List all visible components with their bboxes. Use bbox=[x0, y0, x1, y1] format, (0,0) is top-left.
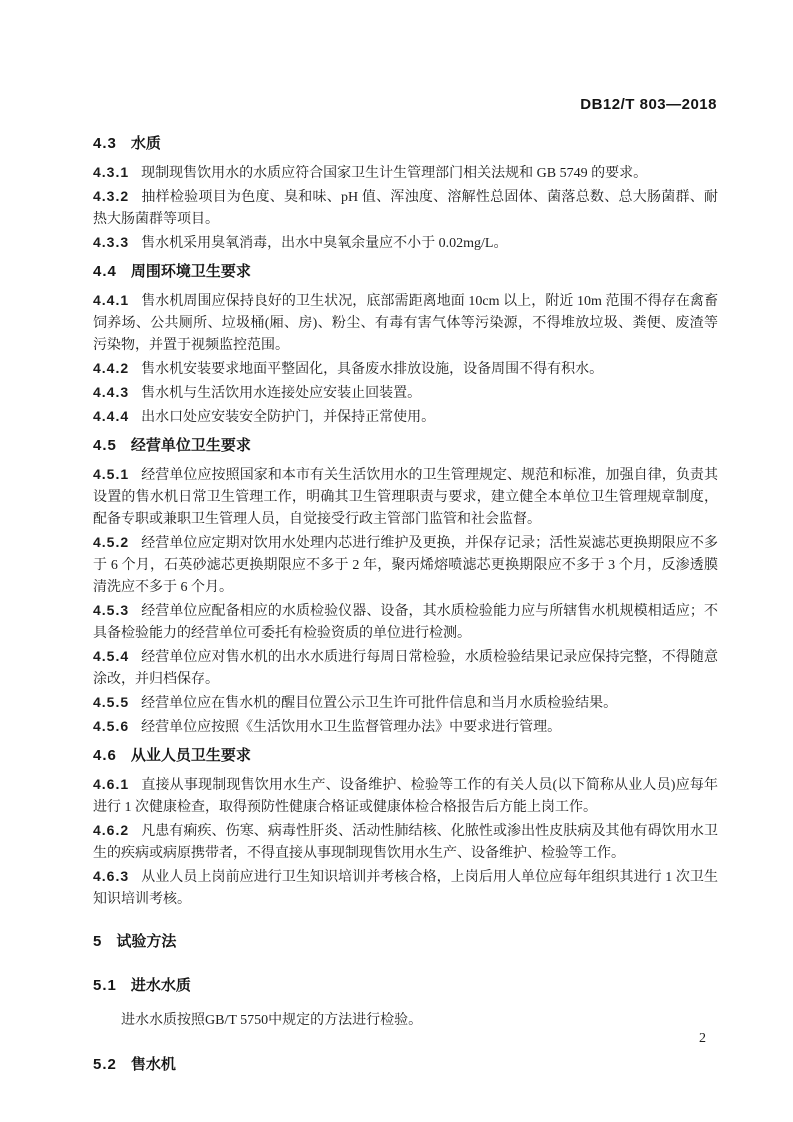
section-5: 5试验方法 bbox=[93, 931, 718, 953]
clause-number: 4.3.3 bbox=[93, 234, 129, 250]
clause-4-5-5: 4.5.5经营单位应在售水机的醒目位置公示卫生许可批件信息和当月水质检验结果。 bbox=[93, 691, 718, 715]
chapter-heading: 5试验方法 bbox=[93, 931, 718, 953]
clause-4-3-2: 4.3.2抽样检验项目为色度、臭和味、pH 值、浑浊度、溶解性总固体、菌落总数、… bbox=[93, 185, 718, 231]
clause-number: 4.4.1 bbox=[93, 292, 129, 308]
clause-number: 4.4.2 bbox=[93, 360, 129, 376]
chapter-number: 5 bbox=[93, 933, 102, 950]
section-number: 4.3 bbox=[93, 135, 117, 152]
section-5-2: 5.2售水机 bbox=[93, 1054, 718, 1076]
clause-number: 4.3.2 bbox=[93, 188, 129, 204]
clause-4-5-4: 4.5.4经营单位应对售水机的出水水质进行每周日常检验，水质检验结果记录应保持完… bbox=[93, 645, 718, 691]
clause-4-4-1: 4.4.1售水机周围应保持良好的卫生状况，底部需距离地面 10cm 以上，附近 … bbox=[93, 289, 718, 357]
page-number: 2 bbox=[699, 1031, 706, 1047]
clause-4-6-3: 4.6.3从业人员上岗前应进行卫生知识培训并考核合格，上岗后用人单位应每年组织其… bbox=[93, 865, 718, 911]
clause-text: 从业人员上岗前应进行卫生知识培训并考核合格，上岗后用人单位应每年组织其进行 1 … bbox=[93, 870, 718, 907]
clause-number: 4.5.2 bbox=[93, 534, 129, 550]
section-number: 4.4 bbox=[93, 263, 117, 280]
clause-4-5-2: 4.5.2经营单位应定期对饮用水处理内芯进行维护及更换，并保存记录；活性炭滤芯更… bbox=[93, 531, 718, 599]
section-title: 周围环境卫生要求 bbox=[131, 263, 251, 280]
clause-4-5-3: 4.5.3经营单位应配备相应的水质检验仪器、设备，其水质检验能力应与所辖售水机规… bbox=[93, 599, 718, 645]
clause-number: 4.6.2 bbox=[93, 822, 129, 838]
clause-text: 经营单位应按照《生活饮用水卫生监督管理办法》中要求进行管理。 bbox=[141, 720, 561, 735]
section-heading: 5.2售水机 bbox=[93, 1054, 718, 1076]
clause-text: 凡患有痢疾、伤寒、病毒性肝炎、活动性肺结核、化脓性或渗出性皮肤病及其他有碍饮用水… bbox=[93, 824, 718, 861]
section-heading: 4.5经营单位卫生要求 bbox=[93, 435, 718, 457]
section-4-5: 4.5经营单位卫生要求 4.5.1经营单位应按照国家和本市有关生活饮用水的卫生管… bbox=[93, 435, 718, 739]
section-title: 售水机 bbox=[131, 1056, 176, 1073]
clause-text: 经营单位应对售水机的出水水质进行每周日常检验，水质检验结果记录应保持完整，不得随… bbox=[93, 650, 718, 687]
clause-4-3-3: 4.3.3售水机采用臭氧消毒，出水中臭氧余量应不小于 0.02mg/L。 bbox=[93, 231, 718, 255]
section-title: 经营单位卫生要求 bbox=[131, 437, 251, 454]
document-body: 4.3水质 4.3.1现制现售饮用水的水质应符合国家卫生计生管理部门相关法规和 … bbox=[93, 133, 718, 1082]
section-number: 4.6 bbox=[93, 747, 117, 764]
clause-number: 4.5.4 bbox=[93, 648, 129, 664]
section-number: 5.2 bbox=[93, 1056, 117, 1073]
clause-text: 售水机周围应保持良好的卫生状况，底部需距离地面 10cm 以上，附近 10m 范… bbox=[93, 294, 718, 353]
clause-4-4-2: 4.4.2售水机安装要求地面平整固化，具备废水排放设施，设备周围不得有积水。 bbox=[93, 357, 718, 381]
section-heading: 5.1进水水质 bbox=[93, 975, 718, 997]
clause-text: 售水机安装要求地面平整固化，具备废水排放设施，设备周围不得有积水。 bbox=[141, 362, 603, 377]
document-page: DB12/T 803—2018 4.3水质 4.3.1现制现售饮用水的水质应符合… bbox=[0, 0, 793, 1122]
clause-4-6-1: 4.6.1直接从事现制现售饮用水生产、设备维护、检验等工作的有关人员(以下简称从… bbox=[93, 773, 718, 819]
paragraph-5-1: 进水水质按照GB/T 5750中规定的方法进行检验。 bbox=[93, 1010, 718, 1032]
clause-4-5-6: 4.5.6经营单位应按照《生活饮用水卫生监督管理办法》中要求进行管理。 bbox=[93, 715, 718, 739]
section-heading: 4.3水质 bbox=[93, 133, 718, 155]
clause-text: 经营单位应定期对饮用水处理内芯进行维护及更换，并保存记录；活性炭滤芯更换期限应不… bbox=[93, 536, 718, 595]
chapter-title: 试验方法 bbox=[116, 933, 176, 950]
clause-text: 经营单位应配备相应的水质检验仪器、设备，其水质检验能力应与所辖售水机规模相适应；… bbox=[93, 604, 718, 641]
section-number: 4.5 bbox=[93, 437, 117, 454]
clause-text: 售水机采用臭氧消毒，出水中臭氧余量应不小于 0.02mg/L。 bbox=[141, 236, 507, 251]
section-4-6: 4.6从业人员卫生要求 4.6.1直接从事现制现售饮用水生产、设备维护、检验等工… bbox=[93, 745, 718, 911]
clause-text: 经营单位应按照国家和本市有关生活饮用水的卫生管理规定、规范和标准，加强自律，负责… bbox=[93, 468, 718, 527]
section-heading: 4.4周围环境卫生要求 bbox=[93, 261, 718, 283]
section-4-4: 4.4周围环境卫生要求 4.4.1售水机周围应保持良好的卫生状况，底部需距离地面… bbox=[93, 261, 718, 429]
clause-4-5-1: 4.5.1经营单位应按照国家和本市有关生活饮用水的卫生管理规定、规范和标准，加强… bbox=[93, 463, 718, 531]
section-4-3: 4.3水质 4.3.1现制现售饮用水的水质应符合国家卫生计生管理部门相关法规和 … bbox=[93, 133, 718, 255]
clause-text: 出水口处应安装安全防护门，并保持正常使用。 bbox=[141, 410, 435, 425]
clause-number: 4.3.1 bbox=[93, 164, 129, 180]
section-5-1: 5.1进水水质 进水水质按照GB/T 5750中规定的方法进行检验。 bbox=[93, 975, 718, 1032]
clause-text: 直接从事现制现售饮用水生产、设备维护、检验等工作的有关人员(以下简称从业人员)应… bbox=[93, 778, 718, 815]
clause-text: 抽样检验项目为色度、臭和味、pH 值、浑浊度、溶解性总固体、菌落总数、总大肠菌群… bbox=[93, 190, 718, 227]
clause-number: 4.5.6 bbox=[93, 718, 129, 734]
section-number: 5.1 bbox=[93, 977, 117, 994]
section-heading: 4.6从业人员卫生要求 bbox=[93, 745, 718, 767]
clause-text: 现制现售饮用水的水质应符合国家卫生计生管理部门相关法规和 GB 5749 的要求… bbox=[141, 166, 647, 181]
clause-number: 4.5.3 bbox=[93, 602, 129, 618]
section-title: 从业人员卫生要求 bbox=[131, 747, 251, 764]
clause-text: 经营单位应在售水机的醒目位置公示卫生许可批件信息和当月水质检验结果。 bbox=[141, 696, 617, 711]
clause-number: 4.6.1 bbox=[93, 776, 129, 792]
document-code: DB12/T 803—2018 bbox=[580, 96, 717, 113]
clause-number: 4.5.5 bbox=[93, 694, 129, 710]
clause-number: 4.4.4 bbox=[93, 408, 129, 424]
clause-4-3-1: 4.3.1现制现售饮用水的水质应符合国家卫生计生管理部门相关法规和 GB 574… bbox=[93, 161, 718, 185]
clause-text: 售水机与生活饮用水连接处应安装止回装置。 bbox=[141, 386, 421, 401]
clause-4-6-2: 4.6.2凡患有痢疾、伤寒、病毒性肝炎、活动性肺结核、化脓性或渗出性皮肤病及其他… bbox=[93, 819, 718, 865]
clause-4-4-3: 4.4.3售水机与生活饮用水连接处应安装止回装置。 bbox=[93, 381, 718, 405]
section-title: 水质 bbox=[131, 135, 161, 152]
clause-number: 4.4.3 bbox=[93, 384, 129, 400]
section-title: 进水水质 bbox=[131, 977, 191, 994]
clause-number: 4.5.1 bbox=[93, 466, 129, 482]
clause-4-4-4: 4.4.4出水口处应安装安全防护门，并保持正常使用。 bbox=[93, 405, 718, 429]
clause-number: 4.6.3 bbox=[93, 868, 129, 884]
